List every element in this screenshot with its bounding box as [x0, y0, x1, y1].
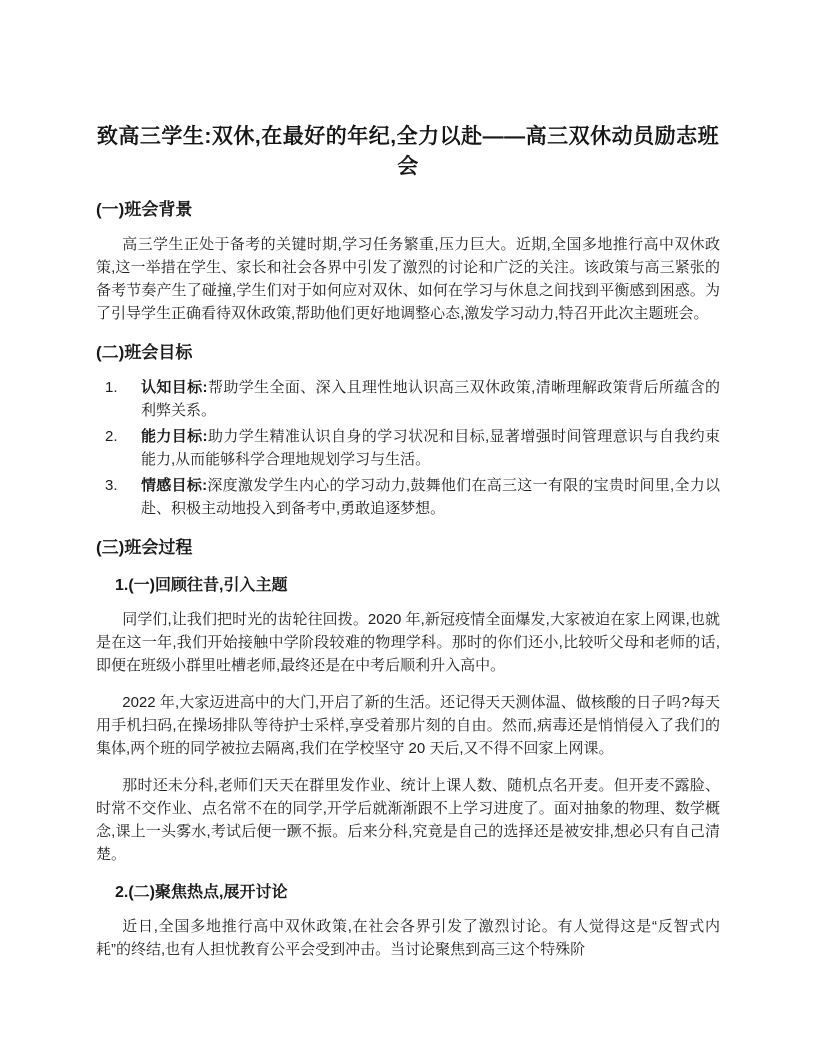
goal-description: 帮助学生全面、深入且理性地认识高三双休政策,清晰理解政策背后所蕴含的利弊关系。	[141, 379, 720, 419]
document-title: 致高三学生:双休,在最好的年纪,全力以赴——高三双休动员励志班会	[96, 122, 720, 182]
goal-item-emotional: 3. 情感目标:深度激发学生内心的学习动力,鼓舞他们在高三这一有限的宝贵时间里,…	[96, 474, 720, 520]
background-paragraph: 高三学生正处于备考的关键时期,学习任务繁重,压力巨大。近期,全国多地推行高中双休…	[96, 233, 720, 325]
subsection-heading-review: 1.(一)回顾往昔,引入主题	[115, 575, 720, 596]
goal-item-cognitive: 1. 认知目标:帮助学生全面、深入且理性地认识高三双休政策,清晰理解政策背后所蕴…	[96, 376, 720, 422]
goals-list: 1. 认知目标:帮助学生全面、深入且理性地认识高三双休政策,清晰理解政策背后所蕴…	[96, 376, 720, 520]
goal-description: 深度激发学生内心的学习动力,鼓舞他们在高三这一有限的宝贵时间里,全力以赴、积极主…	[141, 477, 720, 517]
review-paragraph-3: 那时还未分科,老师们天天在群里发作业、统计上课人数、随机点名开麦。但开麦不露脸、…	[96, 774, 720, 866]
goal-number: 1.	[105, 376, 141, 399]
review-paragraph-2: 2022 年,大家迈进高中的大门,开启了新的生活。还记得天天测体温、做核酸的日子…	[96, 691, 720, 760]
goal-description: 助力学生精准认识自身的学习状况和目标,显著增强时间管理意识与自我约束能力,从而能…	[141, 428, 720, 468]
section-heading-goals: (二)班会目标	[96, 342, 720, 364]
goal-item-ability: 2. 能力目标:助力学生精准认识自身的学习状况和目标,显著增强时间管理意识与自我…	[96, 425, 720, 471]
goal-number: 3.	[105, 474, 141, 497]
document-content: 致高三学生:双休,在最好的年纪,全力以赴——高三双休动员励志班会 (一)班会背景…	[0, 0, 816, 961]
section-heading-background: (一)班会背景	[96, 199, 720, 221]
subsection-heading-discussion: 2.(二)聚焦热点,展开讨论	[115, 882, 720, 903]
goal-label: 能力目标:	[141, 428, 208, 445]
goal-text: 情感目标:深度激发学生内心的学习动力,鼓舞他们在高三这一有限的宝贵时间里,全力以…	[141, 474, 720, 520]
goal-text: 认知目标:帮助学生全面、深入且理性地认识高三双休政策,清晰理解政策背后所蕴含的利…	[141, 376, 720, 422]
goal-label: 情感目标:	[141, 477, 207, 494]
section-heading-process: (三)班会过程	[96, 537, 720, 559]
goal-number: 2.	[105, 425, 141, 448]
goal-label: 认知目标:	[141, 379, 208, 396]
goal-text: 能力目标:助力学生精准认识自身的学习状况和目标,显著增强时间管理意识与自我约束能…	[141, 425, 720, 471]
document-page: 致高三学生:双休,在最好的年纪,全力以赴——高三双休动员励志班会 (一)班会背景…	[0, 0, 816, 1056]
discussion-paragraph-1: 近日,全国多地推行高中双休政策,在社会各界引发了激烈讨论。有人觉得这是“反智式内…	[96, 915, 720, 961]
review-paragraph-1: 同学们,让我们把时光的齿轮往回拨。2020 年,新冠疫情全面爆发,大家被迫在家上…	[96, 608, 720, 677]
